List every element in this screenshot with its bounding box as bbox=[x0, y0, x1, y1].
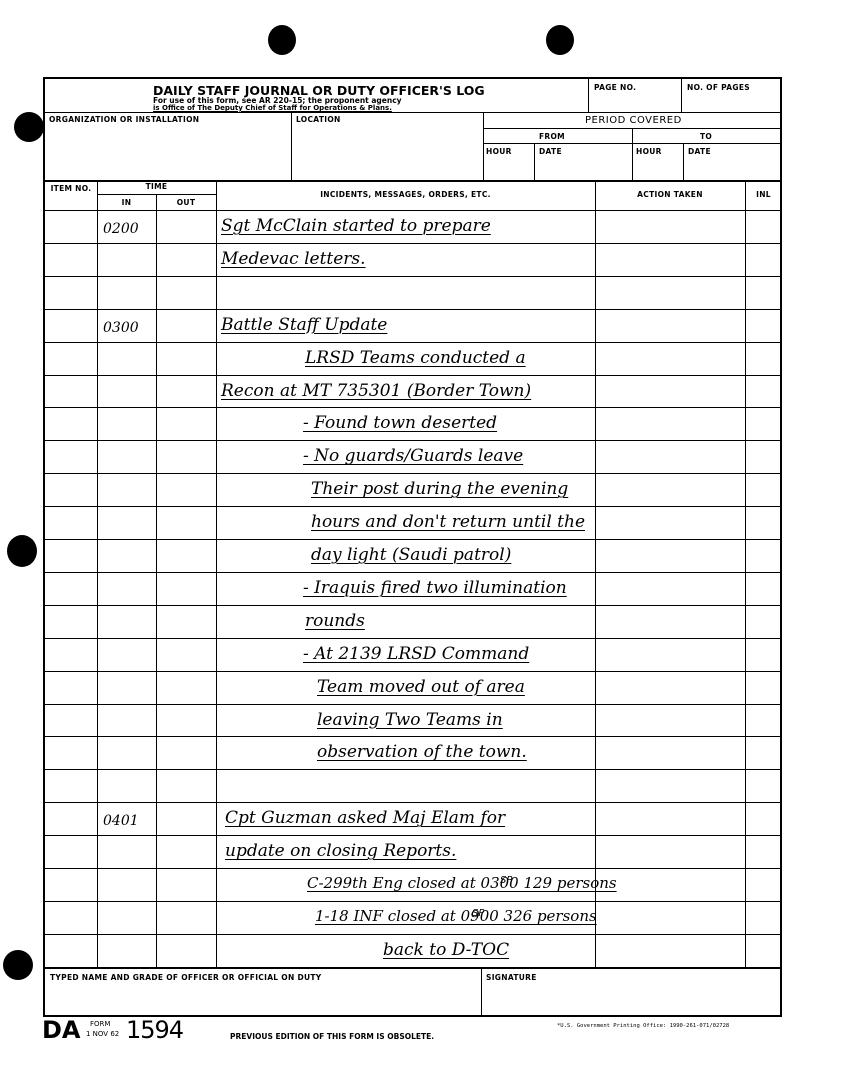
inl-cell[interactable] bbox=[747, 278, 780, 306]
binder-hole-left-middle bbox=[7, 535, 37, 567]
table-row: hours and don't return until the bbox=[45, 506, 780, 539]
item-no-cell[interactable] bbox=[47, 738, 95, 766]
item-no-cell[interactable] bbox=[47, 607, 95, 635]
inl-cell[interactable] bbox=[747, 738, 780, 766]
page-no-field[interactable] bbox=[590, 93, 680, 111]
action-taken-cell[interactable] bbox=[597, 344, 743, 372]
item-no-cell[interactable] bbox=[47, 442, 95, 470]
action-taken-cell[interactable] bbox=[597, 409, 743, 437]
item-no-cell[interactable] bbox=[47, 673, 95, 701]
table-row: - Found town deserted bbox=[45, 407, 780, 440]
action-taken-cell[interactable] bbox=[597, 311, 743, 339]
sp-annotation-2: SP bbox=[472, 908, 484, 919]
action-taken-cell[interactable] bbox=[597, 607, 743, 635]
to-hour-field[interactable] bbox=[634, 157, 682, 179]
no-of-pages-field[interactable] bbox=[683, 93, 780, 111]
table-row: - No guards/Guards leave bbox=[45, 440, 780, 473]
organization-label: ORGANIZATION OR INSTALLATION bbox=[49, 115, 199, 124]
form-agency: DA bbox=[42, 1016, 81, 1044]
table-row: 0401Cpt Guzman asked Maj Elam for bbox=[45, 802, 780, 835]
to-date-label: DATE bbox=[688, 147, 711, 156]
inl-cell[interactable] bbox=[747, 344, 780, 372]
binder-hole-top-right bbox=[546, 25, 574, 55]
table-row: Their post during the evening bbox=[45, 473, 780, 506]
incident-text-cell[interactable]: back to D-TOC bbox=[383, 940, 509, 960]
incident-text-cell[interactable]: leaving Two Teams in bbox=[317, 710, 503, 730]
form-number: 1594 bbox=[126, 1016, 183, 1044]
incident-text-cell[interactable]: observation of the town. bbox=[317, 742, 527, 762]
typed-name-field[interactable] bbox=[47, 984, 479, 1014]
col-item-no-header: ITEM NO. bbox=[45, 184, 97, 193]
grid-bottom-border bbox=[45, 967, 780, 969]
sp-annotation-1: SP bbox=[500, 875, 512, 886]
action-taken-cell[interactable] bbox=[597, 804, 743, 832]
col-incidents-header: INCIDENTS, MESSAGES, ORDERS, ETC. bbox=[216, 190, 595, 199]
action-taken-cell[interactable] bbox=[597, 377, 743, 405]
incident-text-cell[interactable]: C-299th Eng closed at 0300 129 persons bbox=[307, 874, 617, 892]
form-subtitle-line2: is Office of The Deputy Chief of Staff f… bbox=[153, 104, 392, 112]
item-no-cell[interactable] bbox=[47, 409, 95, 437]
table-row: C-299th Eng closed at 0300 129 persons bbox=[45, 868, 780, 901]
inl-cell[interactable] bbox=[747, 508, 780, 536]
item-no-cell[interactable] bbox=[47, 245, 95, 273]
action-taken-cell[interactable] bbox=[597, 640, 743, 668]
item-no-cell[interactable] bbox=[47, 508, 95, 536]
item-no-cell[interactable] bbox=[47, 212, 95, 240]
action-taken-cell[interactable] bbox=[597, 574, 743, 602]
item-no-cell[interactable] bbox=[47, 475, 95, 503]
table-row bbox=[45, 276, 780, 309]
table-row: 0200Sgt McClain started to prepare bbox=[45, 210, 780, 243]
no-of-pages-label: NO. OF PAGES bbox=[687, 83, 750, 92]
incident-text-cell[interactable]: - Iraquis fired two illumination bbox=[303, 578, 567, 598]
item-no-cell[interactable] bbox=[47, 541, 95, 569]
incident-text-cell[interactable]: Recon at MT 735301 (Border Town) bbox=[221, 381, 531, 401]
location-label: LOCATION bbox=[296, 115, 341, 124]
inl-cell[interactable] bbox=[747, 245, 780, 273]
table-row: 0300Battle Staff Update bbox=[45, 309, 780, 342]
item-no-cell[interactable] bbox=[47, 311, 95, 339]
table-row: rounds bbox=[45, 605, 780, 638]
time-in-cell[interactable]: 0300 bbox=[103, 320, 139, 336]
col-action-header: ACTION TAKEN bbox=[595, 190, 745, 199]
table-row: 1-18 INF closed at 0900 326 persons bbox=[45, 901, 780, 934]
from-label: FROM bbox=[539, 132, 565, 141]
incident-text-cell[interactable]: Team moved out of area bbox=[317, 677, 525, 697]
action-taken-cell[interactable] bbox=[597, 903, 743, 931]
period-covered-label: PERIOD COVERED bbox=[585, 115, 682, 126]
incident-text-cell[interactable]: - No guards/Guards leave bbox=[303, 446, 523, 466]
inl-cell[interactable] bbox=[747, 771, 780, 799]
table-row: LRSD Teams conducted a bbox=[45, 342, 780, 375]
inl-cell[interactable] bbox=[747, 442, 780, 470]
inl-cell[interactable] bbox=[747, 607, 780, 635]
form-edition-date: 1 NOV 62 bbox=[86, 1030, 119, 1038]
col-time-in-header: IN bbox=[97, 198, 156, 207]
to-date-field[interactable] bbox=[685, 157, 780, 179]
inl-cell[interactable] bbox=[747, 212, 780, 240]
inl-cell[interactable] bbox=[747, 804, 780, 832]
col-time-out-header: OUT bbox=[156, 198, 216, 207]
action-taken-cell[interactable] bbox=[597, 212, 743, 240]
incident-text-cell[interactable]: LRSD Teams conducted a bbox=[305, 348, 526, 368]
action-taken-cell[interactable] bbox=[597, 541, 743, 569]
from-date-label: DATE bbox=[539, 147, 562, 156]
incident-text-cell[interactable]: hours and don't return until the bbox=[311, 512, 585, 532]
inl-cell[interactable] bbox=[747, 673, 780, 701]
item-no-cell[interactable] bbox=[47, 870, 95, 898]
item-no-cell[interactable] bbox=[47, 837, 95, 865]
incident-text-cell[interactable]: Battle Staff Update bbox=[221, 315, 387, 335]
table-row: day light (Saudi patrol) bbox=[45, 539, 780, 572]
inl-cell[interactable] bbox=[747, 936, 780, 964]
col-time-header: TIME bbox=[97, 182, 216, 191]
table-row: Team moved out of area bbox=[45, 671, 780, 704]
item-no-cell[interactable] bbox=[47, 936, 95, 964]
incident-text-cell[interactable]: - Found town deserted bbox=[303, 413, 497, 433]
inl-cell[interactable] bbox=[747, 870, 780, 898]
obsolete-note: PREVIOUS EDITION OF THIS FORM IS OBSOLET… bbox=[230, 1032, 434, 1041]
time-in-cell[interactable]: 0200 bbox=[103, 221, 139, 237]
action-taken-cell[interactable] bbox=[597, 936, 743, 964]
incident-text-cell[interactable]: rounds bbox=[305, 611, 365, 631]
item-no-cell[interactable] bbox=[47, 771, 95, 799]
action-taken-cell[interactable] bbox=[597, 442, 743, 470]
table-row: - Iraquis fired two illumination bbox=[45, 572, 780, 605]
action-taken-cell[interactable] bbox=[597, 508, 743, 536]
from-hour-field[interactable] bbox=[485, 157, 533, 179]
daily-staff-journal-form: DAILY STAFF JOURNAL OR DUTY OFFICER'S LO… bbox=[43, 77, 782, 1017]
incident-text-cell[interactable]: update on closing Reports. bbox=[225, 841, 456, 861]
inl-cell[interactable] bbox=[747, 377, 780, 405]
to-label: TO bbox=[700, 132, 712, 141]
inl-cell[interactable] bbox=[747, 640, 780, 668]
signature-field[interactable] bbox=[483, 984, 779, 1014]
item-no-cell[interactable] bbox=[47, 804, 95, 832]
inl-cell[interactable] bbox=[747, 706, 780, 734]
action-taken-cell[interactable] bbox=[597, 245, 743, 273]
item-no-cell[interactable] bbox=[47, 377, 95, 405]
incident-text-cell[interactable]: 1-18 INF closed at 0900 326 persons bbox=[315, 907, 597, 925]
item-no-cell[interactable] bbox=[47, 278, 95, 306]
table-row: back to D-TOC bbox=[45, 934, 780, 967]
action-taken-cell[interactable] bbox=[597, 738, 743, 766]
action-taken-cell[interactable] bbox=[597, 278, 743, 306]
from-hour-label: HOUR bbox=[486, 147, 512, 156]
table-row: Recon at MT 735301 (Border Town) bbox=[45, 375, 780, 408]
table-row: - At 2139 LRSD Command bbox=[45, 638, 780, 671]
table-row: Medevac letters. bbox=[45, 243, 780, 276]
page-no-label: PAGE NO. bbox=[594, 83, 636, 92]
action-taken-cell[interactable] bbox=[597, 673, 743, 701]
time-in-cell[interactable]: 0401 bbox=[103, 813, 139, 829]
incident-text-cell[interactable]: Sgt McClain started to prepare bbox=[221, 216, 491, 236]
incident-text-cell[interactable]: Cpt Guzman asked Maj Elam for bbox=[225, 808, 505, 828]
incident-text-cell[interactable]: - At 2139 LRSD Command bbox=[303, 644, 529, 664]
item-no-cell[interactable] bbox=[47, 574, 95, 602]
action-taken-cell[interactable] bbox=[597, 870, 743, 898]
incident-text-cell[interactable]: day light (Saudi patrol) bbox=[311, 545, 511, 565]
inl-cell[interactable] bbox=[747, 903, 780, 931]
inl-cell[interactable] bbox=[747, 409, 780, 437]
location-field[interactable] bbox=[293, 125, 481, 177]
table-row: leaving Two Teams in bbox=[45, 704, 780, 737]
organization-field[interactable] bbox=[47, 125, 287, 177]
inl-cell[interactable] bbox=[747, 475, 780, 503]
incident-text-cell[interactable]: Medevac letters. bbox=[221, 249, 366, 269]
inl-cell[interactable] bbox=[747, 311, 780, 339]
item-no-cell[interactable] bbox=[47, 706, 95, 734]
table-row: observation of the town. bbox=[45, 736, 780, 769]
incident-text-cell[interactable]: Their post during the evening bbox=[311, 479, 568, 499]
from-date-field[interactable] bbox=[536, 157, 631, 179]
col-inl-header: INL bbox=[745, 190, 782, 199]
form-word: FORM bbox=[90, 1020, 110, 1028]
binder-hole-left-bottom bbox=[3, 950, 33, 980]
inl-cell[interactable] bbox=[747, 541, 780, 569]
to-hour-label: HOUR bbox=[636, 147, 662, 156]
table-row bbox=[45, 769, 780, 802]
item-no-cell[interactable] bbox=[47, 903, 95, 931]
inl-cell[interactable] bbox=[747, 574, 780, 602]
action-taken-cell[interactable] bbox=[597, 771, 743, 799]
action-taken-cell[interactable] bbox=[597, 837, 743, 865]
typed-name-label: TYPED NAME AND GRADE OF OFFICER OR OFFIC… bbox=[50, 973, 322, 982]
printing-office-note: *U.S. Government Printing Office: 1990-2… bbox=[557, 1023, 729, 1029]
action-taken-cell[interactable] bbox=[597, 706, 743, 734]
item-no-cell[interactable] bbox=[47, 344, 95, 372]
action-taken-cell[interactable] bbox=[597, 475, 743, 503]
inl-cell[interactable] bbox=[747, 837, 780, 865]
item-no-cell[interactable] bbox=[47, 640, 95, 668]
binder-hole-top-left bbox=[268, 25, 296, 55]
binder-hole-left-top bbox=[14, 112, 44, 142]
table-row: update on closing Reports. bbox=[45, 835, 780, 868]
signature-label: SIGNATURE bbox=[486, 973, 537, 982]
